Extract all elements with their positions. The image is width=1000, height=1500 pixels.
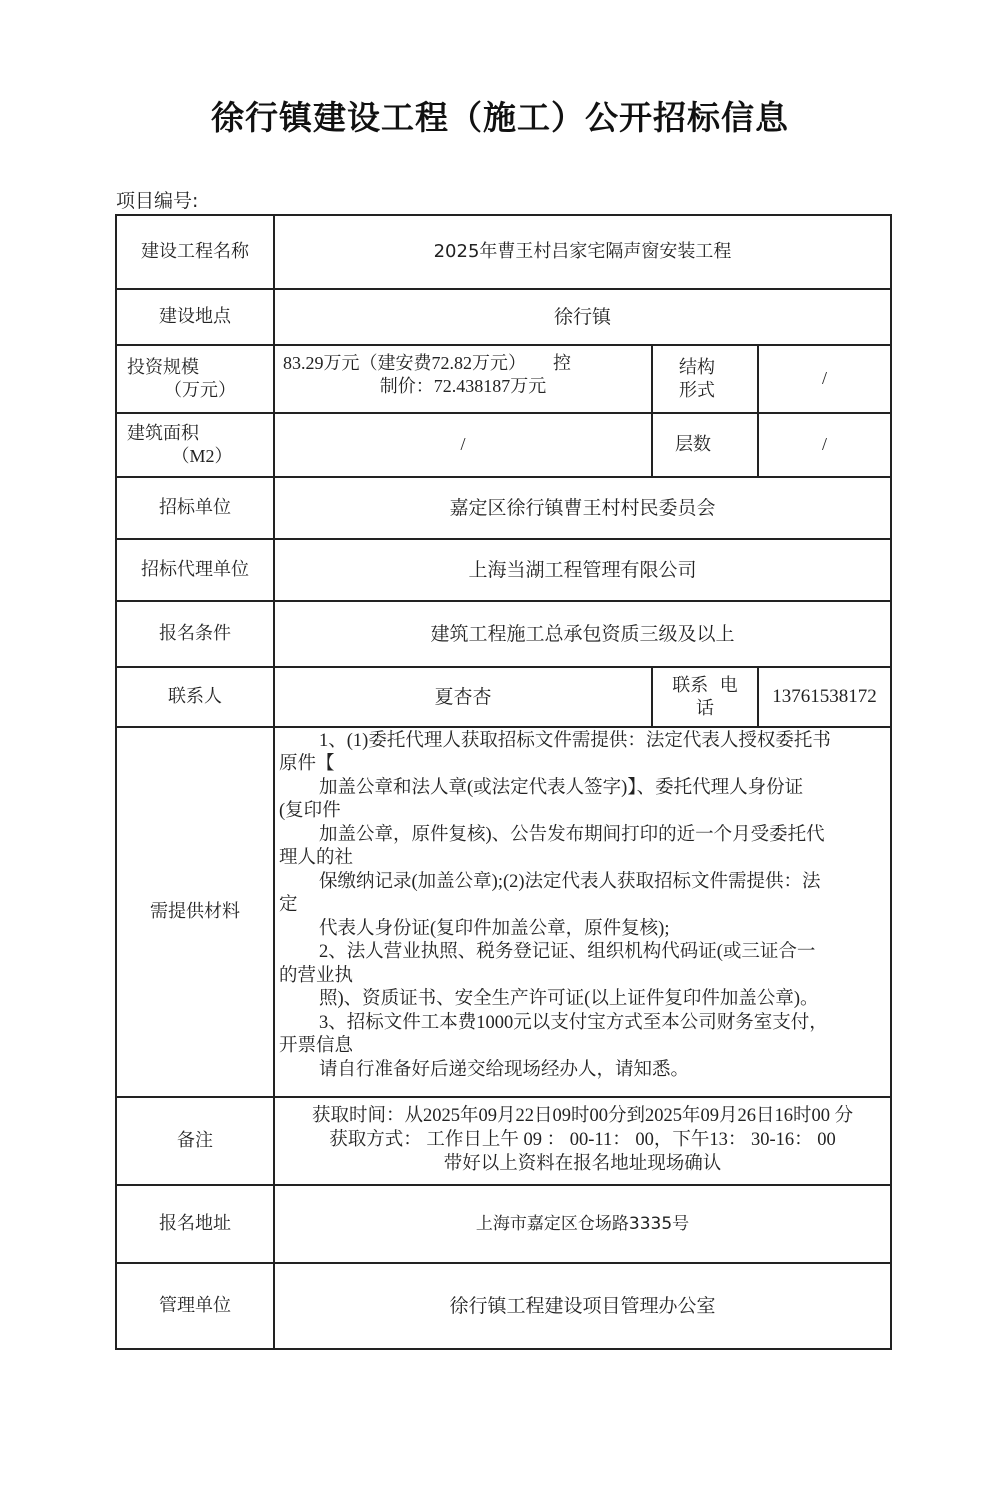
- management-value: 徐行镇工程建设项目管理办公室: [274, 1263, 891, 1349]
- notes-line-acquire-method: 获取方式： 工作日上午 09 ： 00-11： 00，下午13： 30-16： …: [279, 1129, 886, 1153]
- row-location: 建设地点 徐行镇: [116, 289, 891, 345]
- materials-line: 加盖公章和法人章(或法定代表人签字)】、委托代理人身份证: [279, 777, 886, 800]
- materials-value: 1、(1)委托代理人获取招标文件需提供：法定代表人授权委托书 原件【 加盖公章和…: [274, 727, 891, 1097]
- floors-label: 层数: [652, 413, 758, 477]
- area-label-line1: 建筑面积: [121, 422, 269, 445]
- materials-line: 定: [279, 894, 886, 917]
- agent-value: 上海当湖工程管理有限公司: [274, 539, 891, 601]
- location-value: 徐行镇: [274, 289, 891, 345]
- floors-value: /: [758, 413, 891, 477]
- row-agent: 招标代理单位 上海当湖工程管理有限公司: [116, 539, 891, 601]
- row-contact: 联系人 夏杏杏 联系 电 话 13761538172: [116, 667, 891, 727]
- row-management: 管理单位 徐行镇工程建设项目管理办公室: [116, 1263, 891, 1349]
- structure-value: /: [758, 345, 891, 413]
- notes-label: 备注: [116, 1097, 274, 1185]
- row-investment: 投资规模 （万元） 83.29万元（建安费72.82万元） 控 制价：72.43…: [116, 345, 891, 413]
- materials-line: 原件【: [279, 753, 886, 776]
- area-value: /: [274, 413, 652, 477]
- row-project-name: 建设工程名称 2025年曹王村吕家宅隔声窗安装工程: [116, 215, 891, 289]
- materials-line: 开票信息: [279, 1035, 886, 1058]
- phone-label-line1: 联系 电: [657, 674, 753, 697]
- phone-label-line2: 话: [657, 697, 753, 720]
- row-notes: 备注 获取时间：从2025年09月22日09时00分到2025年09月26日16…: [116, 1097, 891, 1185]
- materials-label: 需提供材料: [116, 727, 274, 1097]
- agent-label: 招标代理单位: [116, 539, 274, 601]
- materials-line: 保缴纳记录(加盖公章);(2)法定代表人获取招标文件需提供：法: [279, 871, 886, 894]
- management-label: 管理单位: [116, 1263, 274, 1349]
- requirements-label: 报名条件: [116, 601, 274, 667]
- contact-label: 联系人: [116, 667, 274, 727]
- investment-label-line2: （万元）: [121, 379, 269, 402]
- address-value: 上海市嘉定区仓场路3335号: [274, 1185, 891, 1263]
- structure-label: 结构 形式: [652, 345, 758, 413]
- area-label: 建筑面积 （M2）: [116, 413, 274, 477]
- location-label: 建设地点: [116, 289, 274, 345]
- materials-line: 代表人身份证(复印件加盖公章，原件复核);: [279, 918, 886, 941]
- materials-line: 照)、资质证书、安全生产许可证(以上证件复印件加盖公章)。: [279, 988, 886, 1011]
- notes-line-confirm: 带好以上资料在报名地址现场确认: [279, 1153, 886, 1177]
- investment-value: 83.29万元（建安费72.82万元） 控 制价：72.438187万元: [274, 345, 652, 413]
- structure-label-line2: 形式: [657, 379, 753, 402]
- structure-label-line1: 结构: [657, 356, 753, 379]
- area-label-line2: （M2）: [121, 445, 269, 468]
- page-title: 徐行镇建设工程（施工）公开招标信息: [0, 92, 1000, 139]
- row-requirements: 报名条件 建筑工程施工总承包资质三级及以上: [116, 601, 891, 667]
- project-name-label: 建设工程名称: [116, 215, 274, 289]
- materials-line: 2、法人营业执照、税务登记证、组织机构代码证(或三证合一: [279, 941, 886, 964]
- contact-value: 夏杏杏: [274, 667, 652, 727]
- project-number-label: 项目编号:: [116, 186, 198, 213]
- project-name-value: 2025年曹王村吕家宅隔声窗安装工程: [274, 215, 891, 289]
- tender-info-table: 建设工程名称 2025年曹王村吕家宅隔声窗安装工程 建设地点 徐行镇 投资规模 …: [115, 214, 892, 1350]
- materials-line: (复印件: [279, 800, 886, 823]
- notes-line-acquire-time: 获取时间：从2025年09月22日09时00分到2025年09月26日16时00…: [279, 1105, 886, 1129]
- phone-value: 13761538172: [758, 667, 891, 727]
- phone-label: 联系 电 话: [652, 667, 758, 727]
- materials-line: 的营业执: [279, 965, 886, 988]
- requirements-value: 建筑工程施工总承包资质三级及以上: [274, 601, 891, 667]
- row-materials: 需提供材料 1、(1)委托代理人获取招标文件需提供：法定代表人授权委托书 原件【…: [116, 727, 891, 1097]
- materials-line: 理人的社: [279, 847, 886, 870]
- materials-line: 3、招标文件工本费1000元以支付宝方式至本公司财务室支付，: [279, 1012, 886, 1035]
- row-tenderer: 招标单位 嘉定区徐行镇曹王村村民委员会: [116, 477, 891, 539]
- row-area: 建筑面积 （M2） / 层数 /: [116, 413, 891, 477]
- notes-value: 获取时间：从2025年09月22日09时00分到2025年09月26日16时00…: [274, 1097, 891, 1185]
- row-address: 报名地址 上海市嘉定区仓场路3335号: [116, 1185, 891, 1263]
- tenderer-label: 招标单位: [116, 477, 274, 539]
- investment-value-line2: 制价：72.438187万元: [279, 375, 647, 398]
- materials-line: 1、(1)委托代理人获取招标文件需提供：法定代表人授权委托书: [279, 730, 886, 753]
- materials-line: 请自行准备好后递交给现场经办人，请知悉。: [279, 1059, 886, 1082]
- tenderer-value: 嘉定区徐行镇曹王村村民委员会: [274, 477, 891, 539]
- investment-label: 投资规模 （万元）: [116, 345, 274, 413]
- investment-label-line1: 投资规模: [121, 356, 269, 379]
- investment-value-line1: 83.29万元（建安费72.82万元） 控: [279, 352, 647, 375]
- address-label: 报名地址: [116, 1185, 274, 1263]
- materials-line: 加盖公章，原件复核)、公告发布期间打印的近一个月受委托代: [279, 824, 886, 847]
